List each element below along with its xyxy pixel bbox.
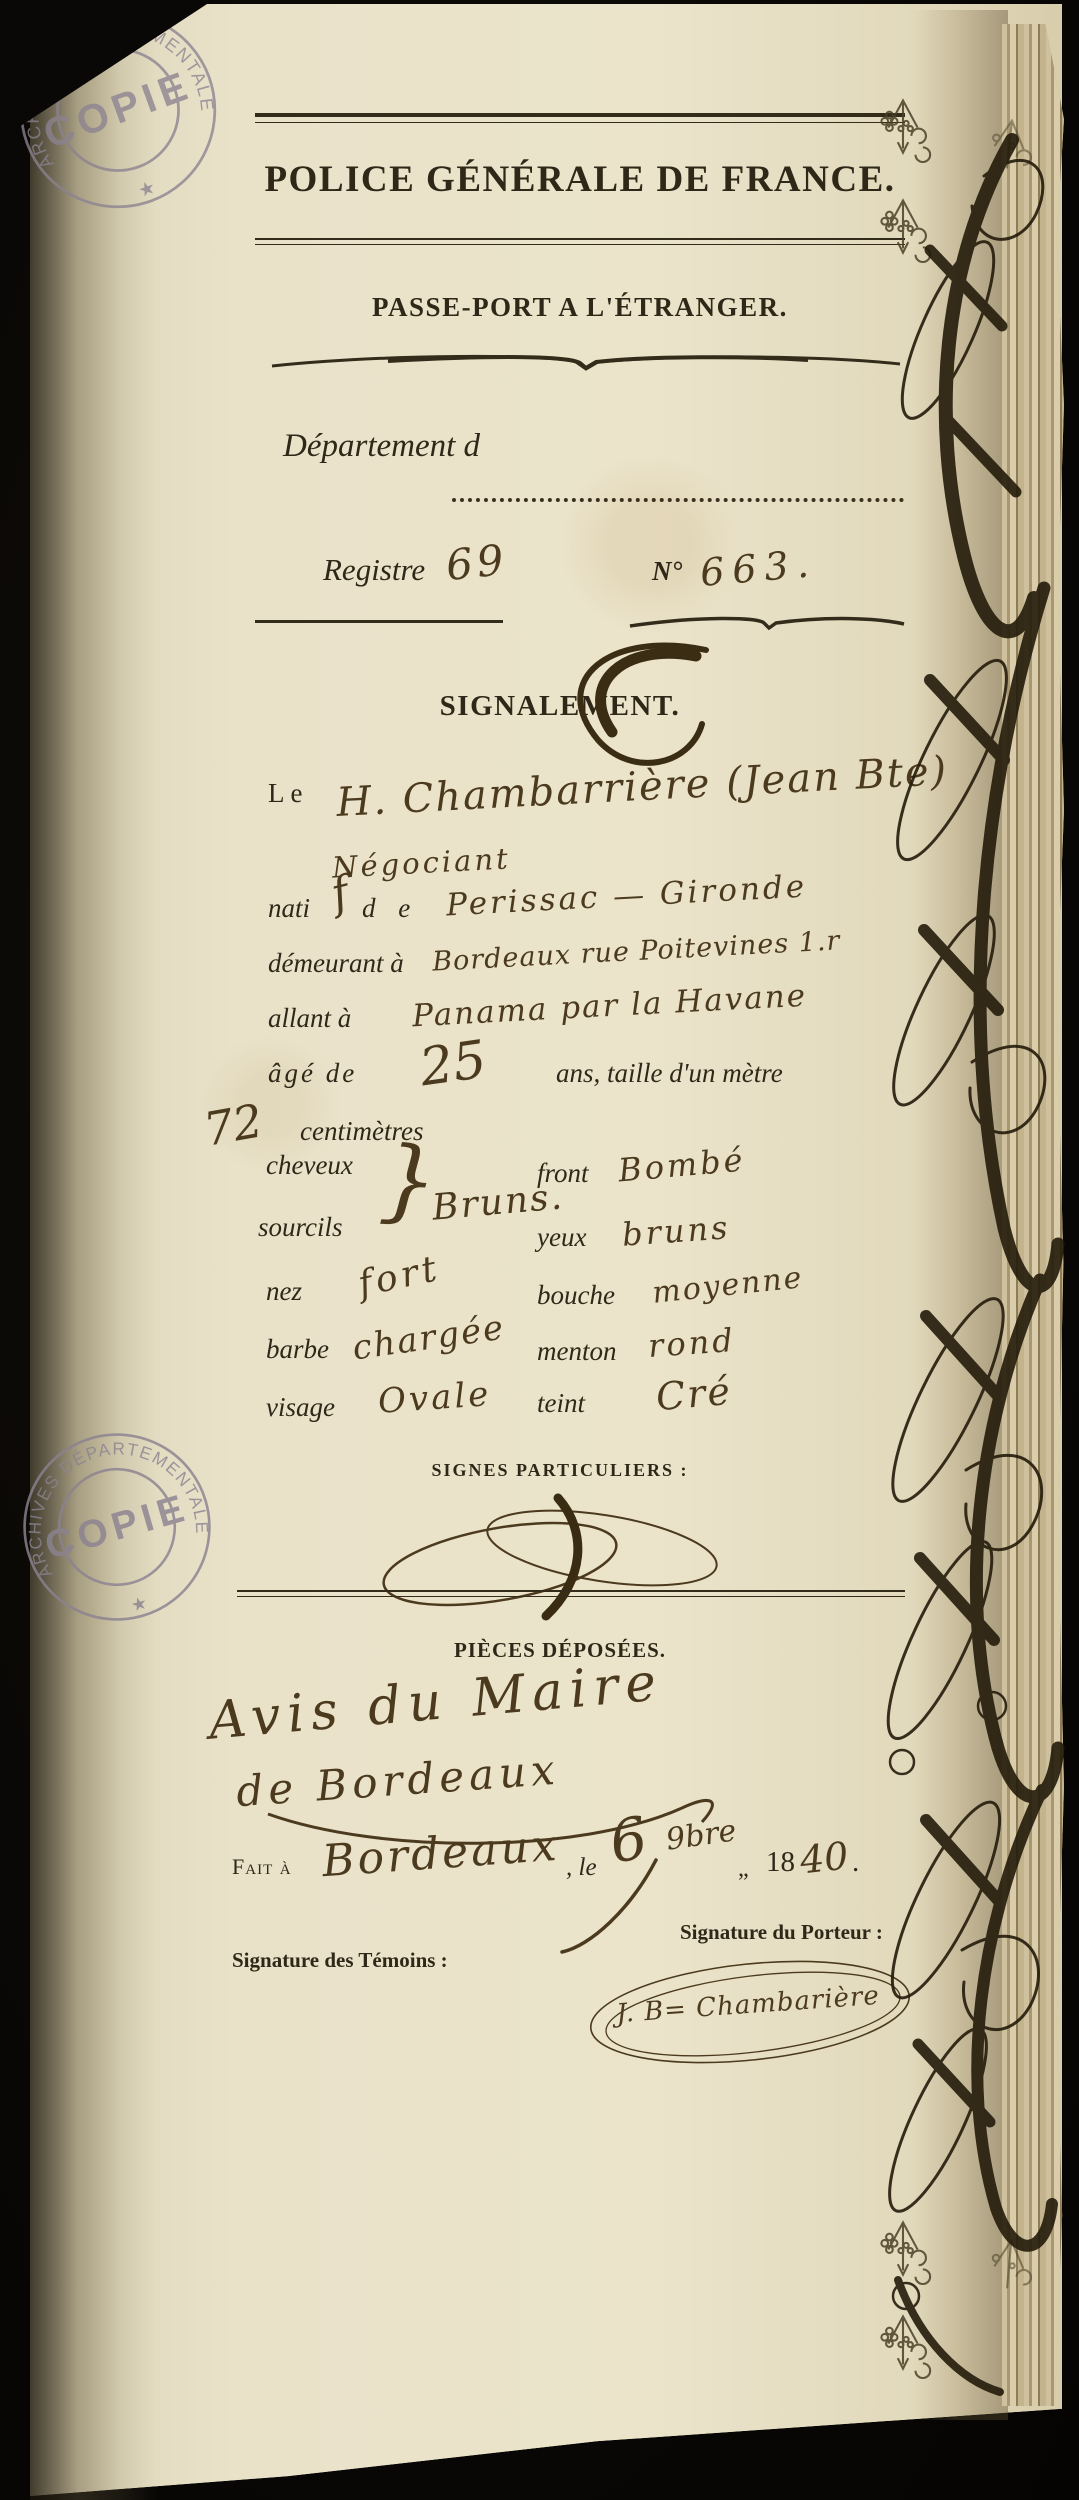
fore-edge-calligraphy-flourishes	[0, 0, 1079, 2500]
passport-document-scan: ARCHIVES DÉPARTEMENTALES DE LA GIRONDE C…	[0, 0, 1079, 2500]
